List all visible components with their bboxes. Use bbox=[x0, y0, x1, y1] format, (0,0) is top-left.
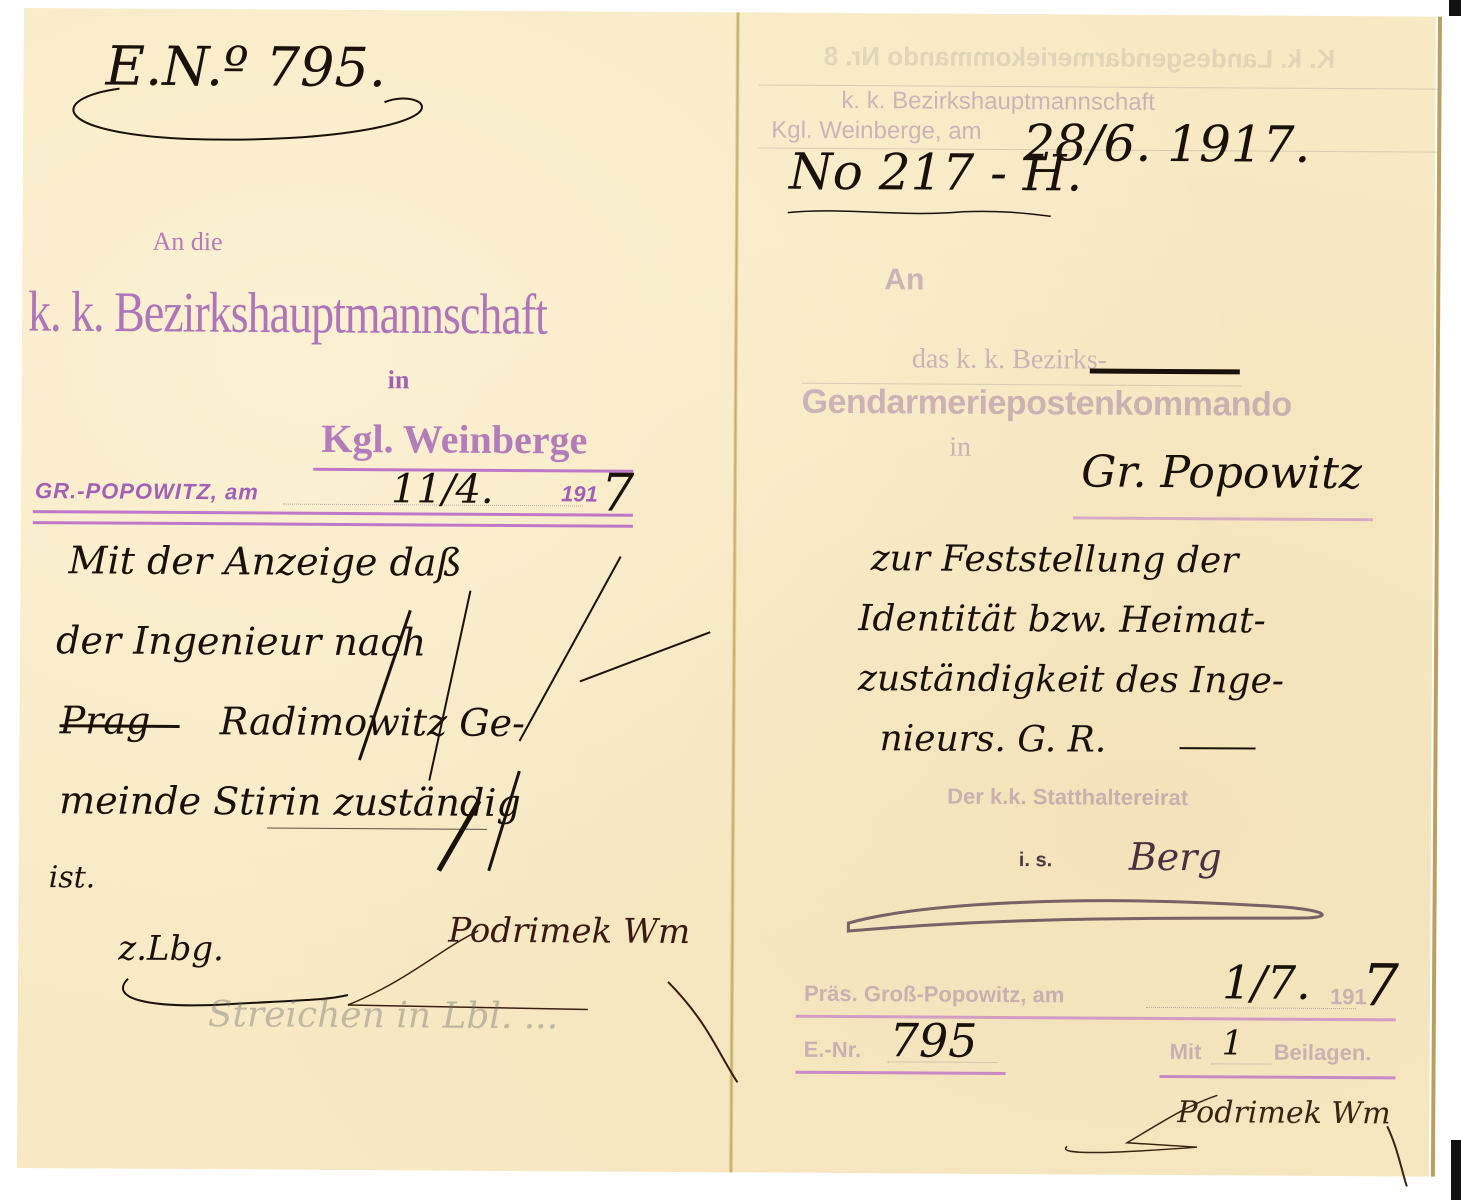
signature-prefix: i. s. bbox=[1019, 849, 1052, 872]
pencil-note: Streichen in Lbl. ... bbox=[208, 994, 559, 1037]
date-year-printed: 191 bbox=[561, 481, 598, 507]
oval-flourish-icon bbox=[39, 78, 439, 150]
right-address-line2: Gendarmeriepostenkommando bbox=[801, 383, 1291, 425]
receipt-year-handwritten: 7 bbox=[1362, 951, 1399, 1019]
enclosures-prefix: Mit bbox=[1170, 1039, 1202, 1065]
entry-underline bbox=[796, 1071, 1006, 1075]
enclosures-suffix: Beilagen. bbox=[1274, 1040, 1372, 1067]
place-underline-right bbox=[1073, 516, 1373, 521]
date-handwritten: 11/4. bbox=[391, 466, 494, 513]
address-authority: k. k. Bezirkshauptmannschaft bbox=[28, 278, 547, 347]
right-address-in: in bbox=[949, 432, 971, 464]
header-place-date: Kgl. Weinberge, am bbox=[771, 117, 981, 146]
left-page: E.N.º 795. An die k. k. Bezirkshauptmann… bbox=[24, 8, 1436, 17]
ghost-header: K. k. Landesgendarmeriekommando Nr. 8 bbox=[824, 41, 1336, 75]
signatory-stamp: Der k.k. Statthaltereirat bbox=[947, 784, 1188, 811]
entry-label: E.-Nr. bbox=[804, 1037, 862, 1063]
address-to: An die bbox=[152, 227, 222, 257]
bottom-signature: Podrimek Wm bbox=[1177, 1095, 1391, 1131]
enclosures-count: 1 bbox=[1222, 1023, 1244, 1063]
right-place-handwritten: Gr. Popowitz bbox=[1081, 446, 1362, 499]
right-body-line-4: nieurs. G. R. bbox=[879, 718, 1106, 760]
handwriting-strokes-icon bbox=[19, 528, 741, 892]
date-stamp-place: GR.-POPOWITZ, am bbox=[35, 478, 259, 505]
scan-border bbox=[1449, 0, 1461, 16]
right-address-to: An bbox=[884, 263, 924, 297]
receipt-underline bbox=[796, 1015, 1396, 1022]
right-address-line1: das k. k. Bezirks- bbox=[912, 343, 1107, 376]
left-signature: Podrimek Wm bbox=[448, 911, 690, 952]
entry-number: 795 bbox=[890, 1013, 978, 1068]
scan-border-bottom bbox=[1451, 1140, 1461, 1200]
enclosures-underline bbox=[1159, 1075, 1395, 1079]
enclosures-dotted-line bbox=[1212, 1063, 1272, 1064]
address-in: in bbox=[388, 365, 410, 395]
header-authority: k. k. Bezirkshauptmannschaft bbox=[841, 87, 1155, 117]
receipt-date: 1/7. bbox=[1222, 955, 1311, 1010]
receipt-label: Präs. Groß-Popowitz, am bbox=[804, 981, 1065, 1009]
address-place: Kgl. Weinberge bbox=[321, 415, 587, 464]
right-signature: Berg bbox=[1129, 835, 1222, 880]
right-date: 28/6. 1917. bbox=[1023, 114, 1311, 174]
date-underline-1 bbox=[33, 510, 633, 517]
signature-loop-icon bbox=[838, 873, 1338, 946]
paper-edge bbox=[1431, 17, 1442, 1177]
right-body-line-3: zuständigkeit des Inge- bbox=[858, 658, 1284, 702]
right-body-line-2: Identität bzw. Heimat- bbox=[858, 598, 1266, 641]
ref-underline-icon bbox=[783, 203, 1063, 225]
initials-underline bbox=[1179, 747, 1255, 749]
strikethrough-bezirks bbox=[1090, 369, 1240, 375]
right-page: K. k. Landesgendarmeriekommando Nr. 8 k.… bbox=[24, 8, 1436, 17]
date-underline-2 bbox=[33, 521, 633, 528]
right-body-line-1: zur Feststellung der bbox=[871, 538, 1239, 581]
document-sheet: E.N.º 795. An die k. k. Bezirkshauptmann… bbox=[17, 8, 1436, 1177]
